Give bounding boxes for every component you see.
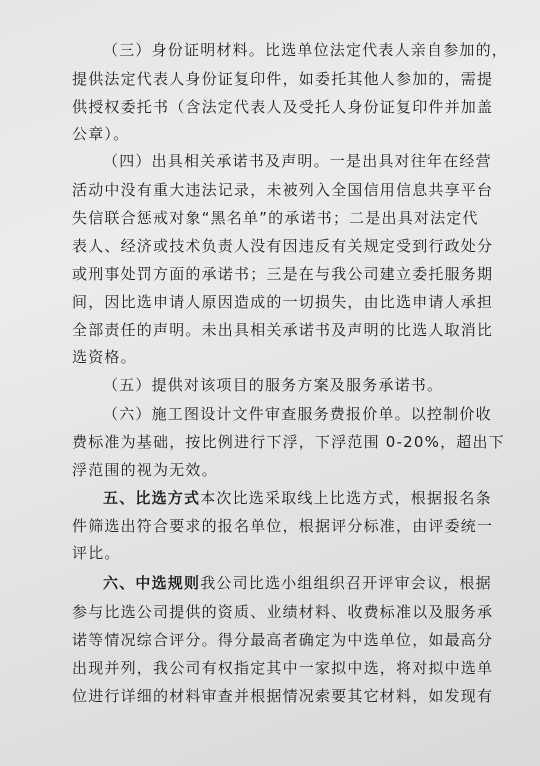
paragraph-3-line-3: 供授权委托书（含法定代表人及受托人身份证复印件并加盖 [72, 98, 472, 116]
section-6-line-1: 六、中选规则我公司比选小组组织召开评审会议，根据 [103, 574, 472, 592]
paragraph-6-line-2: 费标准为基础，按比例进行下浮，下浮范围 0-20%，超出下 [72, 433, 472, 451]
section-5-heading: 五、比选方式 [103, 489, 200, 507]
paragraph-4-line-1: （四）出具相关承诺书及声明。一是出具对往年在经营 [103, 152, 472, 170]
section-6-line-2: 参与比选公司提供的资质、业绩材料、收费标准以及服务承 [72, 603, 472, 621]
section-5-text: 本次比选采取线上比选方式，根据报名条 [200, 489, 492, 507]
section-6-line-4: 出现并列，我公司有权指定其中一家拟中选，将对拟中选单 [72, 659, 472, 677]
paragraph-4-line-2: 活动中没有重大违法记录，未被列入全国信用信息共享平台 [72, 181, 472, 199]
paragraph-3-line-4: 公章）。 [72, 125, 472, 143]
section-5-line-1: 五、比选方式本次比选采取线上比选方式，根据报名条 [103, 489, 472, 507]
paragraph-4-line-8: 选资格。 [72, 348, 472, 366]
paragraph-6-line-1: （六）施工图设计文件审查服务费报价单。以控制价收 [103, 405, 472, 423]
section-6-line-3: 诺等情况综合评分。得分最高者确定为中选单位，如最高分 [72, 631, 472, 649]
paragraph-4-line-5: 或刑事处罚方面的承诺书；三是在与我公司建立委托服务期 [72, 265, 472, 283]
paragraph-5-line-1: （五）提供对该项目的服务方案及服务承诺书。 [103, 376, 472, 394]
paragraph-3-line-2: 提供法定代表人身份证复印件，如委托其他人参加的，需提 [72, 70, 472, 88]
paragraph-4-line-4: 表人、经济或技术负责人没有因违反有关规定受到行政处分 [72, 237, 472, 255]
paragraph-3-line-1: （三）身份证明材料。比选单位法定代表人亲自参加的， [103, 41, 472, 59]
section-6-text: 我公司比选小组组织召开评审会议，根据 [200, 574, 492, 592]
section-5-line-2: 件筛选出符合要求的报名单位，根据评分标准，由评委统一 [72, 517, 472, 535]
paragraph-4-line-3: 失信联合惩戒对象“黑名单”的承诺书；二是出具对法定代 [72, 209, 472, 227]
paragraph-4-line-6: 间，因比选申请人原因造成的一切损失，由比选申请人承担 [72, 293, 472, 311]
paragraph-6-line-3: 浮范围的视为无效。 [72, 461, 472, 479]
document-page: （三）身份证明材料。比选单位法定代表人亲自参加的， 提供法定代表人身份证复印件，… [0, 0, 540, 766]
section-6-line-5: 位进行详细的材料审查并根据情况索要其它材料，如发现有 [72, 687, 472, 705]
paragraph-4-line-7: 全部责任的声明。未出具相关承诺书及声明的比选人取消比 [72, 321, 472, 339]
section-6-heading: 六、中选规则 [103, 574, 200, 592]
section-5-line-3: 评比。 [72, 544, 472, 562]
